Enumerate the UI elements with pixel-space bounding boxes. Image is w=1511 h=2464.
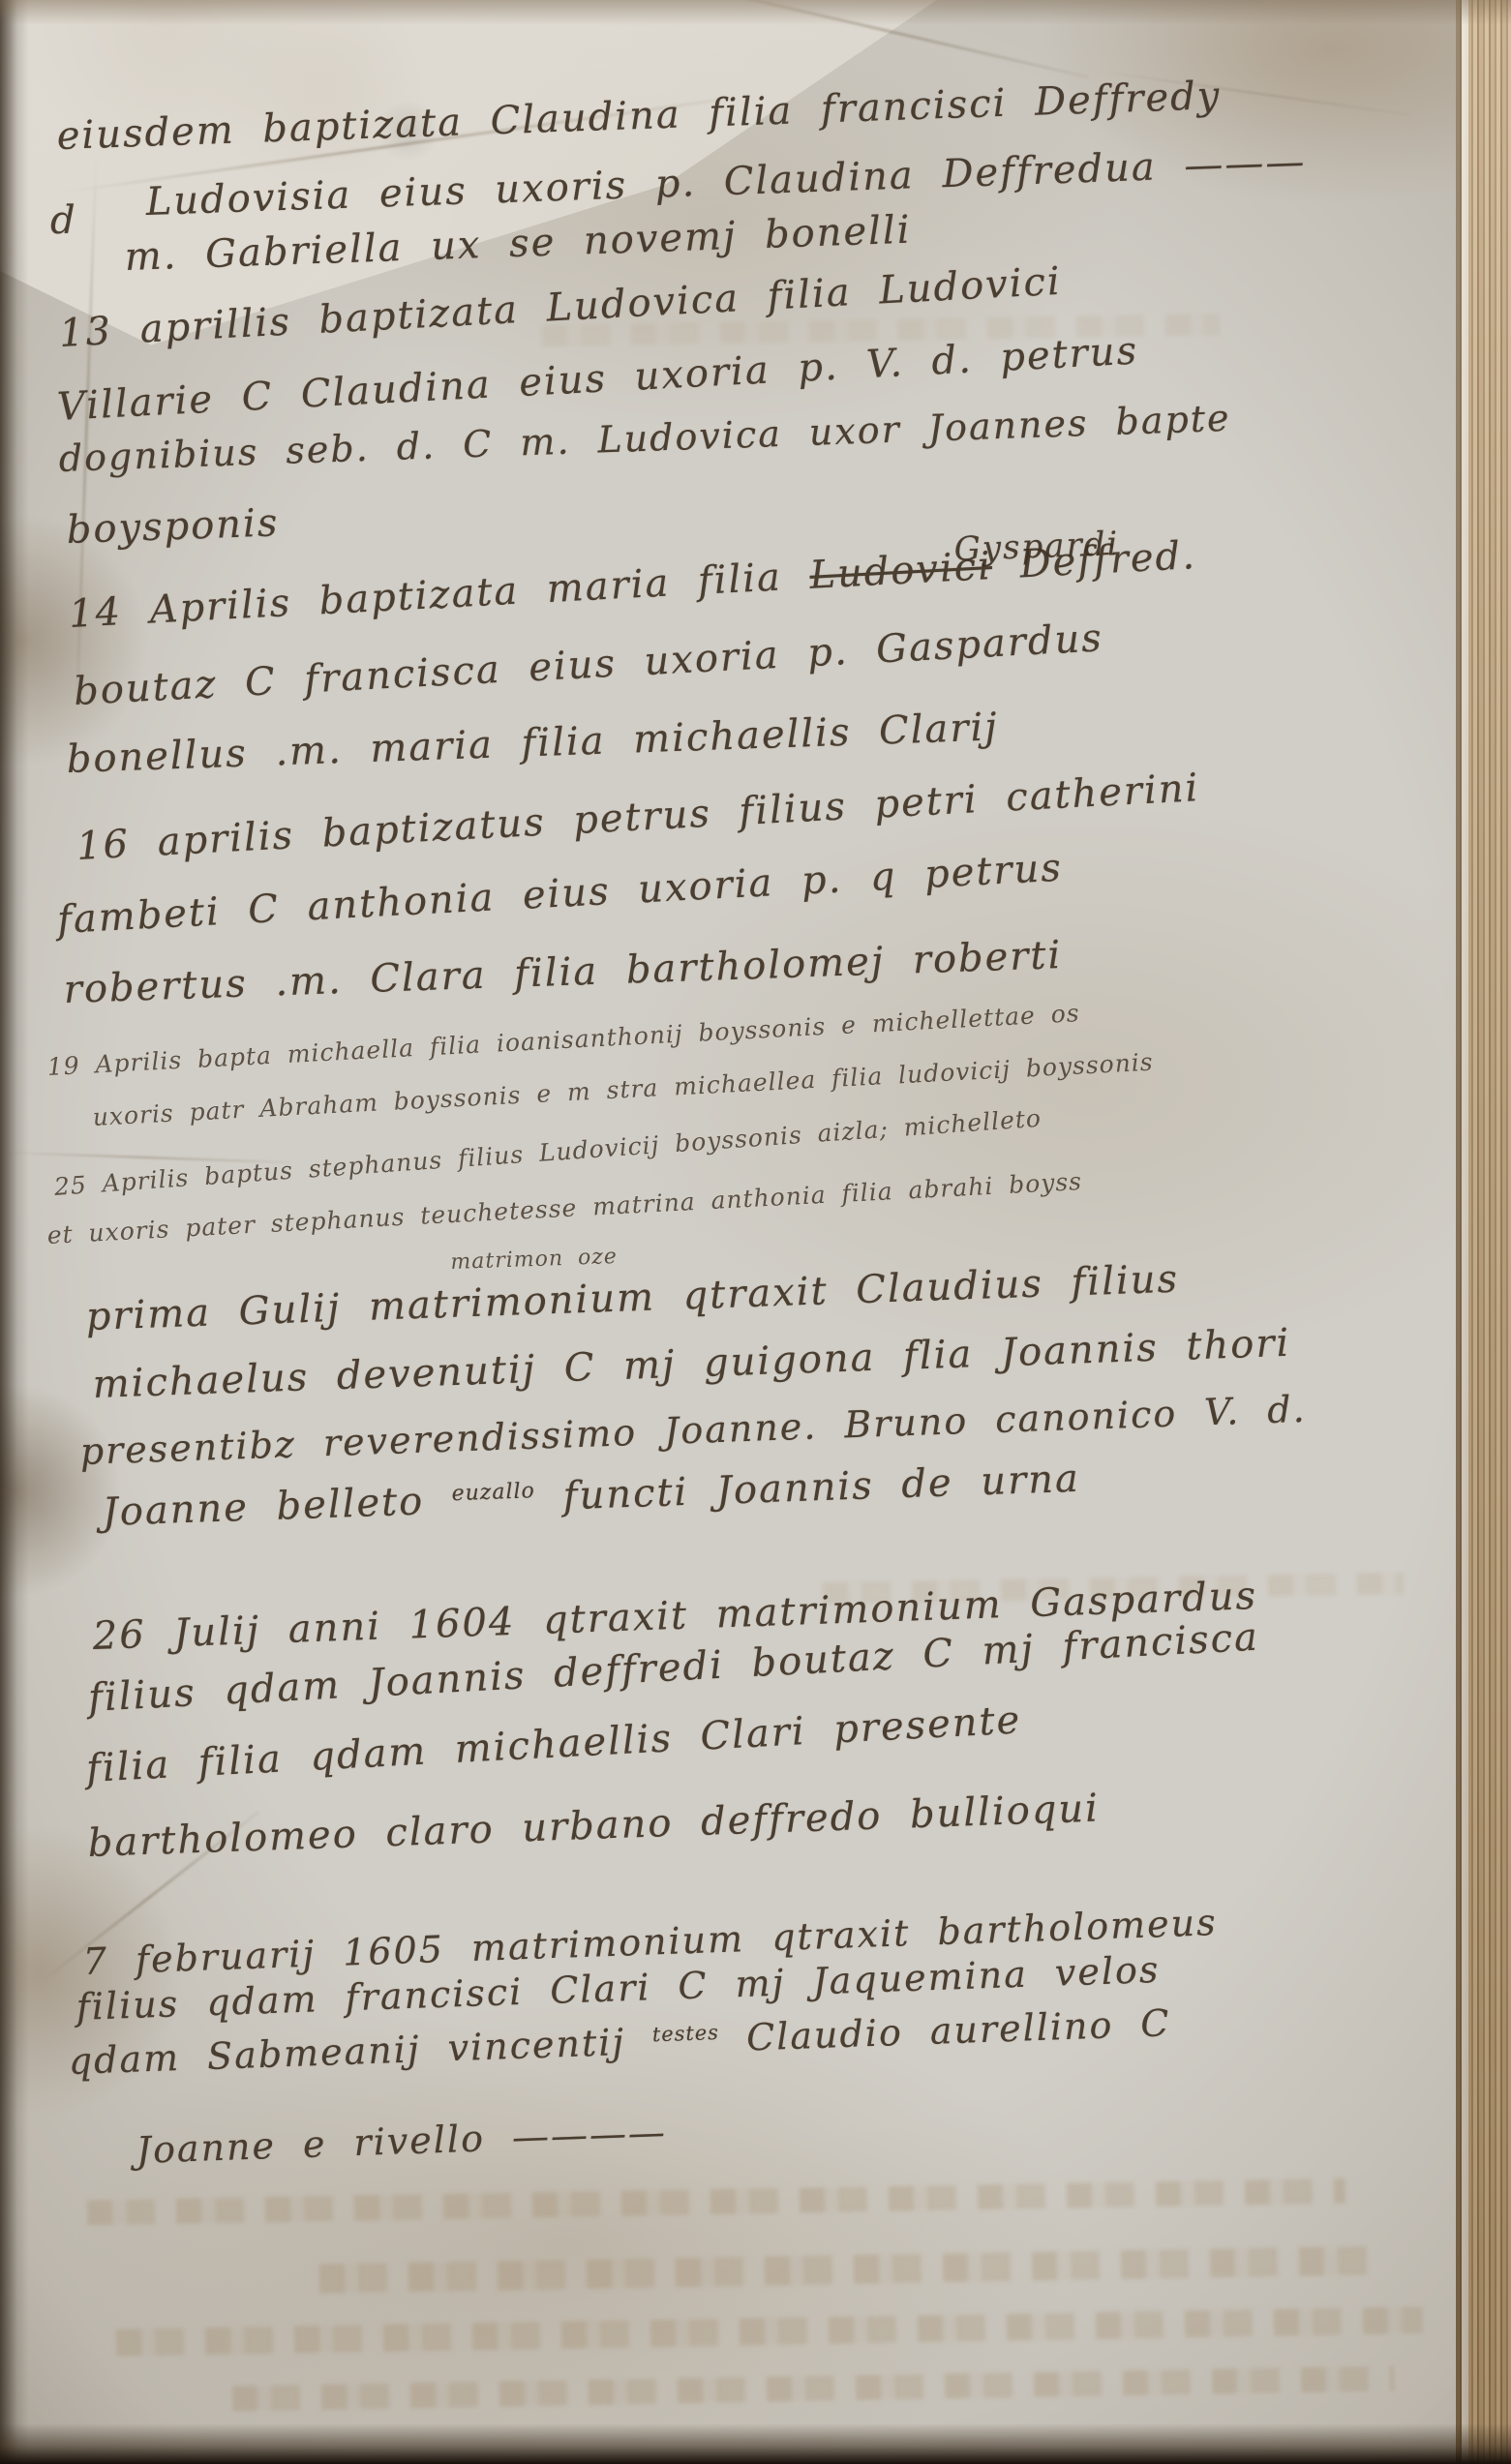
handwritten-line: boutaz C francisca eius uxoria p. Gaspar… [73,616,1104,714]
line-text: Ludovisia eius uxoris p. Claudina Deffre… [145,139,1307,225]
line-text: Joanne e rivello ———— [136,2111,668,2172]
line-text: bonellus .m. maria filia michaellis Clar… [66,705,999,782]
line-text: matrimon oze [450,1245,618,1275]
line-text: eiusdem baptizata Claudina filia francis… [56,74,1222,159]
line-segment: functi Joannis de urna [534,1457,1080,1520]
manuscript-lines: eiusdem baptizata Claudina filia francis… [0,0,1511,2464]
line-segment: qdam Sabmeanij vincentij [68,2020,653,2083]
handwritten-line: bartholomeo claro urbano deffredo bullio… [87,1787,1101,1866]
handwritten-line: prima Gulij matrimonium qtraxit Claudius… [85,1257,1180,1339]
photo-edge-bottom [0,2423,1511,2464]
handwritten-line: d [50,198,77,243]
line-segment: 14 Aprilis baptizata maria filia [68,554,811,637]
line-segment: Deffred. [991,533,1197,588]
handwritten-line: boysponis [66,500,280,553]
handwritten-line: Ludovisia eius uxoris p. Claudina Deffre… [145,139,1307,225]
inserted-word: testes [651,2021,719,2046]
line-segment: Claudio aurellino C [718,2001,1171,2059]
struck-word: Ludovici [808,544,993,598]
inserted-word: euzallo [451,1479,535,1506]
handwritten-line: Joanne belleto euzallo functi Joannis de… [102,1457,1081,1535]
line-segment: Joanne belleto [102,1478,453,1535]
handwritten-line: robertus .m. Clara filia bartholomej rob… [63,933,1063,1012]
handwritten-line: bonellus .m. maria filia michaellis Clar… [66,705,999,782]
handwritten-line: Joanne e rivello ———— [136,2111,668,2172]
handwritten-line: matrimon oze [450,1245,618,1275]
book-fore-edge [1456,0,1511,2464]
manuscript-photo: eiusdem baptizata Claudina filia francis… [0,0,1511,2464]
line-text: prima Gulij matrimonium qtraxit Claudius… [85,1257,1180,1339]
photo-edge-top [0,0,1511,25]
line-text: bartholomeo claro urbano deffredo bullio… [87,1787,1101,1866]
handwritten-line: eiusdem baptizata Claudina filia francis… [56,74,1222,159]
line-text: boutaz C francisca eius uxoria p. Gaspar… [73,616,1104,714]
line-text: d [50,198,77,243]
line-text: boysponis [66,500,280,553]
line-text: robertus .m. Clara filia bartholomej rob… [63,933,1063,1012]
photo-edge-left [0,0,29,2464]
